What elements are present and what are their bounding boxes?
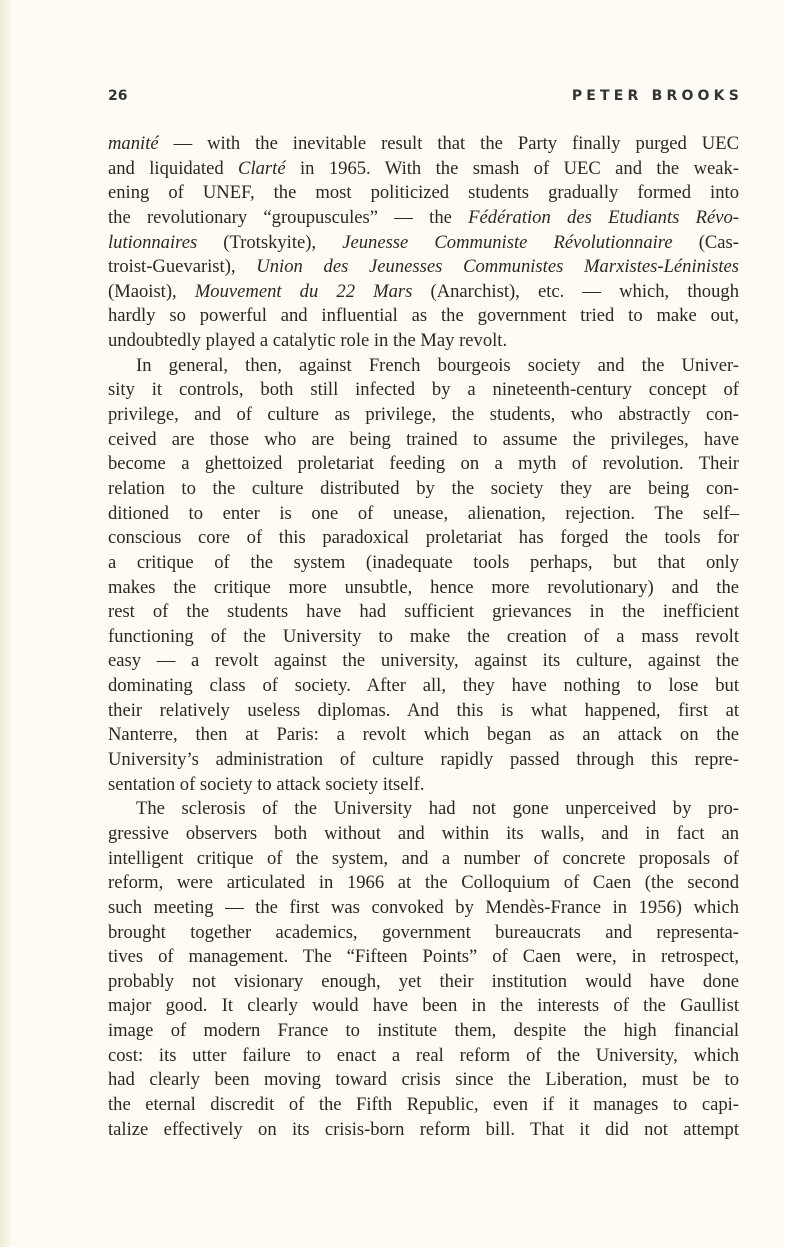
- text-run: (Maoist),: [108, 281, 195, 302]
- body-text: manité — with the inevitable result that…: [108, 132, 739, 1142]
- text-run: intelligent critique of the system, and …: [108, 848, 739, 869]
- text-run: In general, then, against French bourgeo…: [136, 355, 739, 376]
- text-line: probably not visionary enough, yet their…: [108, 970, 739, 995]
- text-run: in 1965. With the smash of UEC and the w…: [286, 158, 739, 179]
- text-line: brought together academics, government b…: [108, 921, 739, 946]
- text-run: troist-Guevarist),: [108, 256, 256, 277]
- text-run: privilege, and of culture as privilege, …: [108, 404, 739, 425]
- text-run: — with the inevitable result that the Pa…: [159, 133, 739, 154]
- page-number: 26: [108, 88, 127, 104]
- italic-text: Fédération des Etudiants Révo-: [468, 207, 739, 228]
- text-line: dominating class of society. After all, …: [108, 674, 739, 699]
- text-line: hardly so powerful and influential as th…: [108, 304, 739, 329]
- italic-text: Union des Jeunesses Communistes Marxiste…: [256, 256, 739, 277]
- text-run: a critique of the system (inadequate too…: [108, 552, 739, 573]
- text-line: and liquidated Clarté in 1965. With the …: [108, 157, 739, 182]
- text-run: such meeting — the first was convoked by…: [108, 897, 739, 918]
- text-line: undoubtedly played a catalytic role in t…: [108, 329, 739, 354]
- running-head-author: PETER BROOKS: [572, 88, 743, 104]
- text-line: major good. It clearly would have been i…: [108, 994, 739, 1019]
- text-run: dominating class of society. After all, …: [108, 675, 739, 696]
- text-line: such meeting — the first was convoked by…: [108, 896, 739, 921]
- text-run: brought together academics, government b…: [108, 922, 739, 943]
- text-run: become a ghettoized proletariat feeding …: [108, 453, 739, 474]
- page-spine-shadow: [0, 0, 12, 1247]
- paragraph: manité — with the inevitable result that…: [108, 132, 739, 354]
- paragraph: The sclerosis of the University had not …: [108, 797, 739, 1142]
- text-run: The sclerosis of the University had not …: [136, 798, 739, 819]
- text-run: (Cas-: [673, 232, 739, 253]
- text-line: the eternal discredit of the Fifth Repub…: [108, 1093, 739, 1118]
- text-run: Nanterre, then at Paris: a revolt which …: [108, 724, 739, 745]
- text-line: functioning of the University to make th…: [108, 625, 739, 650]
- text-line: had clearly been moving toward crisis si…: [108, 1068, 739, 1093]
- text-line: Nanterre, then at Paris: a revolt which …: [108, 723, 739, 748]
- text-line: their relatively useless diplomas. And t…: [108, 699, 739, 724]
- text-run: talize effectively on its crisis-born re…: [108, 1119, 739, 1140]
- running-head: 26 PETER BROOKS: [108, 88, 739, 112]
- text-run: ditioned to enter is one of unease, alie…: [108, 503, 739, 524]
- text-line: tives of management. The “Fifteen Points…: [108, 945, 739, 970]
- text-run: undoubtedly played a catalytic role in t…: [108, 330, 507, 351]
- text-run: sentation of society to attack society i…: [108, 774, 425, 795]
- text-run: the revolutionary “groupuscules” — the: [108, 207, 468, 228]
- text-run: image of modern France to institute them…: [108, 1020, 739, 1041]
- text-line: talize effectively on its crisis-born re…: [108, 1118, 739, 1143]
- book-page: 26 PETER BROOKS manité — with the inevit…: [108, 88, 739, 1142]
- text-line: cost: its utter failure to enact a real …: [108, 1044, 739, 1069]
- text-run: had clearly been moving toward crisis si…: [108, 1069, 739, 1090]
- text-line: reform, were articulated in 1966 at the …: [108, 871, 739, 896]
- italic-text: Mouvement du 22 Mars: [195, 281, 413, 302]
- text-line: rest of the students have had sufficient…: [108, 600, 739, 625]
- text-run: cost: its utter failure to enact a real …: [108, 1045, 739, 1066]
- italic-text: lutionnaires: [108, 232, 197, 253]
- text-run: makes the critique more unsubtle, hence …: [108, 577, 739, 598]
- text-line: University’s administration of culture r…: [108, 748, 739, 773]
- text-run: probably not visionary enough, yet their…: [108, 971, 739, 992]
- text-run: and liquidated: [108, 158, 238, 179]
- text-run: conscious core of this paradoxical prole…: [108, 527, 739, 548]
- text-run: ening of UNEF, the most politicized stud…: [108, 182, 739, 203]
- text-line: manité — with the inevitable result that…: [108, 132, 739, 157]
- text-line: In general, then, against French bourgeo…: [108, 354, 739, 379]
- text-line: become a ghettoized proletariat feeding …: [108, 452, 739, 477]
- text-run: easy — a revolt against the university, …: [108, 650, 739, 671]
- text-line: relation to the culture distributed by t…: [108, 477, 739, 502]
- text-run: reform, were articulated in 1966 at the …: [108, 872, 739, 893]
- text-line: a critique of the system (inadequate too…: [108, 551, 739, 576]
- text-run: University’s administration of culture r…: [108, 749, 739, 770]
- text-line: troist-Guevarist), Union des Jeunesses C…: [108, 255, 739, 280]
- text-line: makes the critique more unsubtle, hence …: [108, 576, 739, 601]
- text-line: lutionnaires (Trotskyite), Jeunesse Comm…: [108, 231, 739, 256]
- text-run: functioning of the University to make th…: [108, 626, 739, 647]
- italic-text: Jeunesse Communiste Révolutionnaire: [342, 232, 672, 253]
- text-line: privilege, and of culture as privilege, …: [108, 403, 739, 428]
- text-line: conscious core of this paradoxical prole…: [108, 526, 739, 551]
- text-line: image of modern France to institute them…: [108, 1019, 739, 1044]
- text-run: rest of the students have had sufficient…: [108, 601, 739, 622]
- text-line: the revolutionary “groupuscules” — the F…: [108, 206, 739, 231]
- text-line: sity it controls, both still infected by…: [108, 378, 739, 403]
- text-run: (Anarchist), etc. — which, though: [412, 281, 739, 302]
- text-run: tives of management. The “Fifteen Points…: [108, 946, 739, 967]
- text-line: gressive observers both without and with…: [108, 822, 739, 847]
- paragraph: In general, then, against French bourgeo…: [108, 354, 739, 798]
- text-run: major good. It clearly would have been i…: [108, 995, 739, 1016]
- text-line: The sclerosis of the University had not …: [108, 797, 739, 822]
- text-line: sentation of society to attack society i…: [108, 773, 739, 798]
- text-line: easy — a revolt against the university, …: [108, 649, 739, 674]
- text-run: their relatively useless diplomas. And t…: [108, 700, 739, 721]
- text-run: (Trotskyite),: [197, 232, 342, 253]
- italic-text: manité: [108, 133, 159, 154]
- text-line: intelligent critique of the system, and …: [108, 847, 739, 872]
- text-run: sity it controls, both still infected by…: [108, 379, 739, 400]
- text-line: (Maoist), Mouvement du 22 Mars (Anarchis…: [108, 280, 739, 305]
- text-run: relation to the culture distributed by t…: [108, 478, 739, 499]
- text-line: ceived are those who are being trained t…: [108, 428, 739, 453]
- text-run: gressive observers both without and with…: [108, 823, 739, 844]
- text-run: ceived are those who are being trained t…: [108, 429, 739, 450]
- text-line: ditioned to enter is one of unease, alie…: [108, 502, 739, 527]
- text-run: hardly so powerful and influential as th…: [108, 305, 739, 326]
- text-run: the eternal discredit of the Fifth Repub…: [108, 1094, 739, 1115]
- italic-text: Clarté: [238, 158, 286, 179]
- text-line: ening of UNEF, the most politicized stud…: [108, 181, 739, 206]
